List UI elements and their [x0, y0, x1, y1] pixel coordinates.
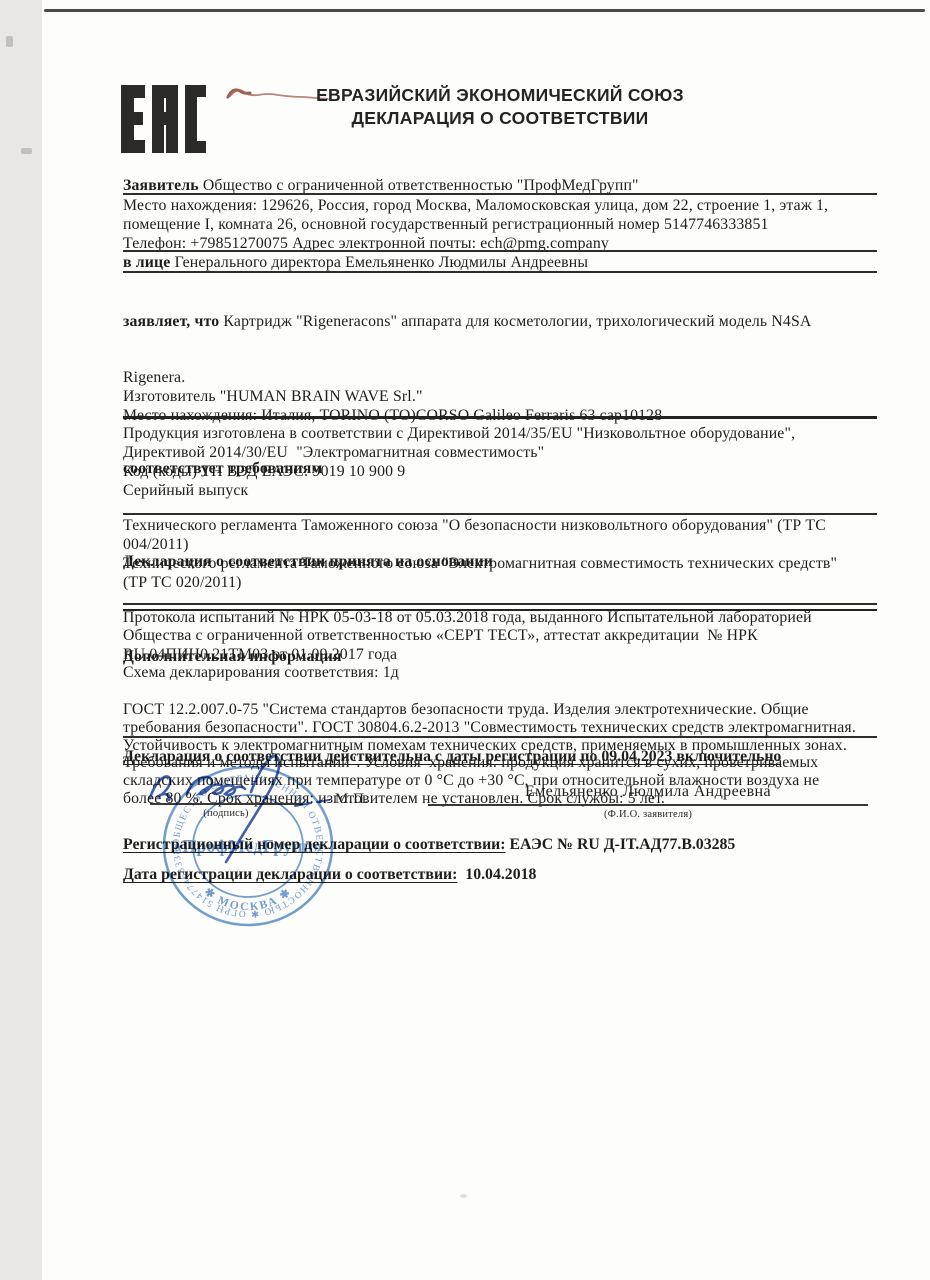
additional-info-heading: Дополнительная информация: [123, 648, 883, 666]
separator-line: [123, 603, 877, 605]
product-first-line: заявляет, что Картридж "Rigeneracons" ап…: [123, 313, 883, 332]
product-name: Картридж "Rigeneracons" аппарата для кос…: [219, 313, 811, 330]
separator-line: [123, 513, 877, 515]
scan-artifact: [21, 148, 32, 154]
separator-line: [123, 193, 877, 195]
registration-number-value: ЕАЭС № RU Д-IT.АД77.В.03285: [506, 836, 736, 853]
scan-artifact: [460, 1194, 467, 1198]
separator-line: [123, 736, 877, 738]
registration-date-value: 10.04.2018: [457, 866, 536, 883]
compliance-heading: соответствует требованиям: [123, 459, 883, 478]
representative-label: в лице: [123, 254, 170, 271]
declaration-document: ЕВРАЗИЙСКИЙ ЭКОНОМИЧЕСКИЙ СОЮЗ ДЕКЛАРАЦИ…: [0, 0, 930, 1280]
separator-line-thick: [123, 416, 877, 419]
scanner-edge-strip: [0, 0, 42, 1280]
separator-line: [123, 271, 877, 273]
separator-line-thick: [123, 609, 877, 612]
separator-line: [123, 250, 877, 252]
applicant-details-text: Место нахождения: 129626, Россия, город …: [123, 196, 883, 253]
declares-label: заявляет, что: [123, 313, 219, 330]
basis-heading: Декларация о соответствии принята на осн…: [123, 553, 883, 572]
scan-artifact: [6, 36, 13, 47]
document-type: ДЕКЛАРАЦИЯ О СООТВЕТСТВИИ: [123, 107, 877, 130]
applicant-details: Место нахождения: 129626, Россия, город …: [123, 196, 883, 253]
union-name: ЕВРАЗИЙСКИЙ ЭКОНОМИЧЕСКИЙ СОЮЗ: [123, 84, 877, 107]
fullname-caption: (Ф.И.О. заявителя): [428, 809, 868, 820]
representative-row: в лице Генерального директора Емельяненк…: [123, 253, 883, 272]
representative-value: Генерального директора Емельяненко Людми…: [170, 254, 588, 271]
applicant-fullname: Емельяненко Людмила Андреевна: [428, 783, 868, 801]
document-title: ЕВРАЗИЙСКИЙ ЭКОНОМИЧЕСКИЙ СОЮЗ ДЕКЛАРАЦИ…: [123, 84, 877, 130]
signature: [125, 740, 355, 910]
applicant-value: Общество с ограниченной ответственностью…: [199, 177, 639, 194]
name-line: [428, 804, 868, 806]
page-top-edge-line: [44, 9, 925, 12]
applicant-label: Заявитель: [123, 177, 199, 194]
